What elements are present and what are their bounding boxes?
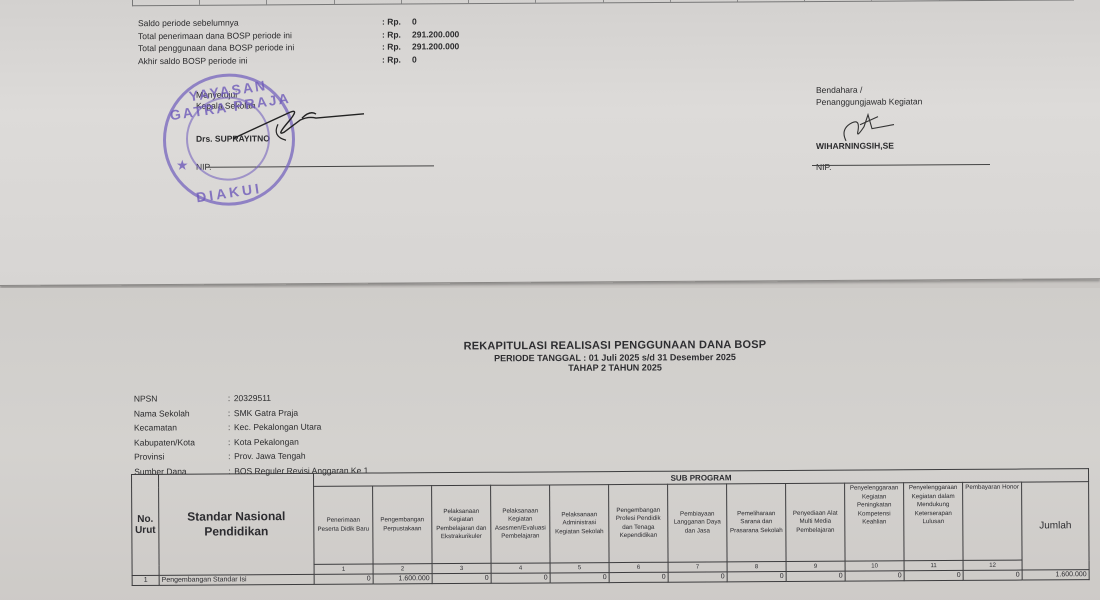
row-value: 0 [668,572,727,582]
col-number: 8 [727,562,786,572]
col-header-sub-program: Pembiayaan Langganan Daya dan Jasa [668,484,727,562]
row-value: 0 [550,573,609,583]
recap-table: No. Urut Standar Nasional Pendidikan SUB… [131,468,1090,586]
col-number: 7 [668,562,727,572]
col-number: 11 [904,560,963,570]
identity-row: Kabupaten/Kota:Kota Pekalongan [134,434,368,450]
col-header-sub-program: Penyelenggaraan Kegiatan Peningkatan Kom… [845,483,904,561]
col-number: 2 [373,564,432,574]
col-header-no: No. Urut [132,474,160,575]
col-number: 12 [963,560,1022,570]
col-number: 9 [786,561,845,571]
identity-row: Kecamatan:Kec. Pekalongan Utara [134,419,368,435]
previous-page-sheet: Saldo periode sebelumnya : Rp. 0 Total p… [0,0,1100,286]
row-value: 0 [845,571,904,581]
col-header-sub-program: Pelaksanaan Kegiatan Asesmen/Evaluasi Pe… [491,485,550,563]
col-number: 1 [314,564,373,574]
col-header-sub-program: Pelaksanaan Kegiatan Pembelajaran dan Ek… [432,485,491,563]
col-number: 6 [609,562,668,572]
report-title-block: REKAPITULASI REALISASI PENGGUNAAN DANA B… [0,337,1100,376]
col-header-sub-program: Penerimaan Peserta Didik Baru [314,486,373,564]
row-value: 0 [786,571,845,581]
row-value: 0 [314,574,373,584]
row-total: 1.600.000 [1022,570,1089,580]
row-value: 1.600.000 [373,574,432,584]
treasurer-signature-icon [838,111,898,145]
row-value: 0 [727,572,786,582]
col-header-total: Jumlah [1022,482,1090,570]
col-number: 3 [432,563,491,573]
row-value: 0 [904,570,963,580]
row-value: 0 [609,572,668,582]
col-number: 10 [845,561,904,571]
col-header-sub-program: Penyelenggaraan Kegiatan dalam Mendukung… [904,482,963,560]
col-header-sub-program: Penyediaan Alat Multi Media Pembelajaran [786,483,845,561]
col-header-standard: Standar Nasional Pendidikan [159,473,315,575]
row-value: 0 [491,573,550,583]
balance-summary: Saldo periode sebelumnya : Rp. 0 Total p… [138,15,459,67]
row-number: 1 [132,575,159,585]
col-header-sub-program: Pengembangan Perpustakaan [373,486,432,564]
previous-table-remnant [132,0,1074,6]
row-value: 0 [963,570,1022,580]
principal-signature-icon [228,106,368,147]
col-number: 4 [491,563,550,573]
identity-row: Provinsi:Prov. Jawa Tengah [134,448,368,464]
col-header-sub-program: Pelaksanaan Administrasi Kegiatan Sekola… [550,485,609,563]
col-header-sub-program: Pemeliharaan Sarana dan Prasarana Sekola… [727,484,786,562]
identity-row: NPSN:20329511 [134,390,368,406]
star-icon: ★ [176,157,189,174]
col-header-sub-program: Pembayaran Honor [963,482,1022,560]
recap-table-wrapper: No. Urut Standar Nasional Pendidikan SUB… [131,468,1090,586]
identity-row: Nama Sekolah:SMK Gatra Praja [134,405,368,421]
col-header-sub-program: Pengembangan Profesi Pendidik dan Tenaga… [609,484,668,562]
col-number: 5 [550,563,609,573]
school-identity: NPSN:20329511 Nama Sekolah:SMK Gatra Pra… [134,390,369,478]
recap-page-sheet: REKAPITULASI REALISASI PENGGUNAAN DANA B… [0,288,1100,600]
row-standard: Pengembangan Standar Isi [159,574,314,585]
summary-row: Akhir saldo BOSP periode ini : Rp. 0 [138,53,459,67]
row-value: 0 [432,573,491,583]
